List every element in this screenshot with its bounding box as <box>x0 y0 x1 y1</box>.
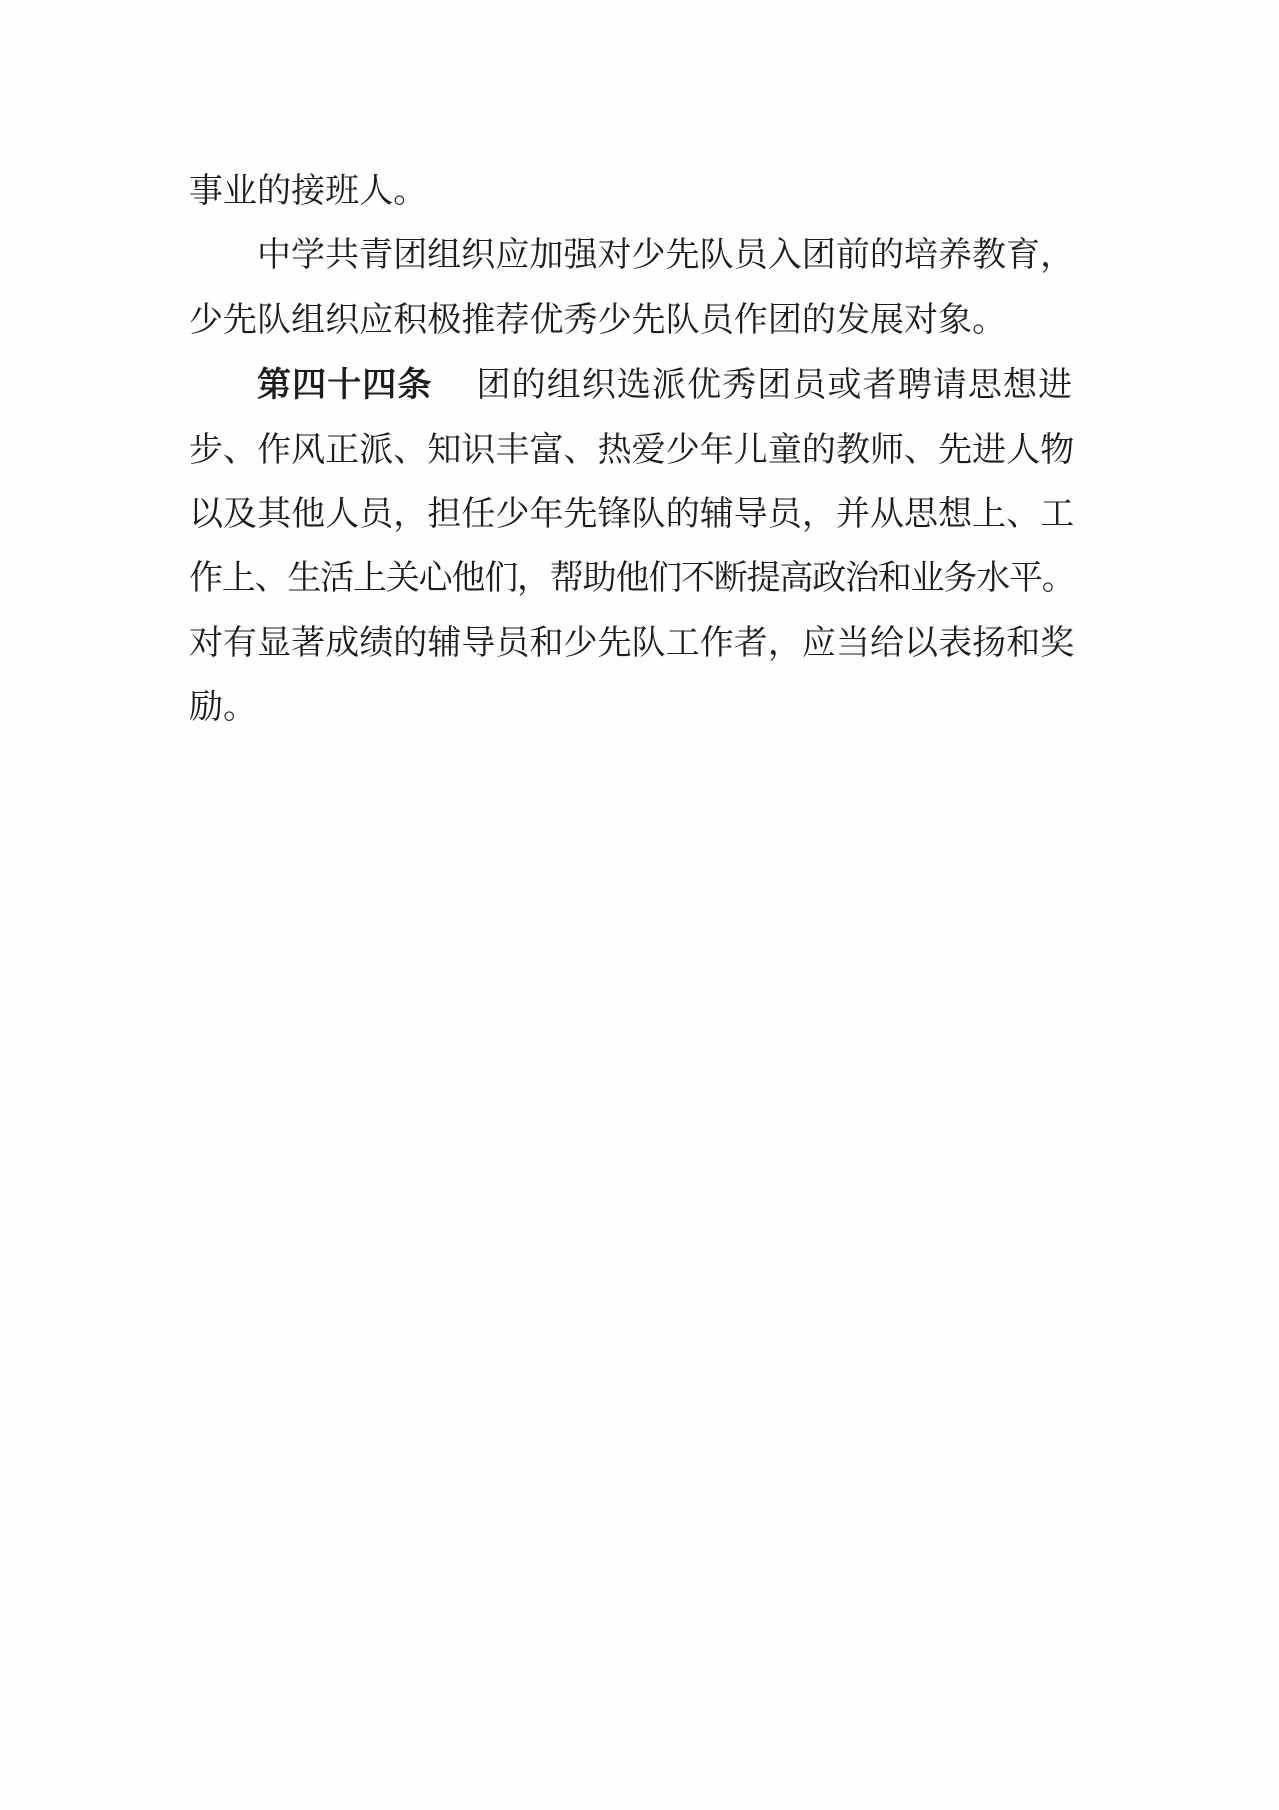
article-number-heading: 第四十四条 <box>257 366 433 404</box>
article-44-line: 第四十四条团的组织选派优秀团员或者聘请思想进 <box>189 353 1075 418</box>
body-line: 作上、生活上关心他们，帮助他们不断提高政治和业务水平。 <box>189 547 1075 611</box>
paragraph-start-line: 中学共青团组织应加强对少先队员入团前的培养教育， <box>189 224 1075 288</box>
paragraph-end-line: 事业的接班人。 <box>189 160 1075 224</box>
document-page: 事业的接班人。 中学共青团组织应加强对少先队员入团前的培养教育， 少先队组织应积… <box>0 0 1279 1810</box>
text-block: 事业的接班人。 中学共青团组织应加强对少先队员入团前的培养教育， 少先队组织应积… <box>189 160 1075 741</box>
paragraph-end-line: 励。 <box>189 676 1075 740</box>
paragraph-end-line: 少先队组织应积极推荐优秀少先队员作团的发展对象。 <box>189 289 1075 353</box>
body-line: 对有显著成绩的辅导员和少先队工作者，应当给以表扬和奖 <box>189 612 1075 676</box>
article-body-text: 团的组织选派优秀团员或者聘请思想进 <box>477 367 1074 404</box>
body-line: 以及其他人员，担任少年先锋队的辅导员，并从思想上、工 <box>189 483 1075 547</box>
body-line: 步、作风正派、知识丰富、热爱少年儿童的教师、先进人物 <box>189 419 1075 483</box>
